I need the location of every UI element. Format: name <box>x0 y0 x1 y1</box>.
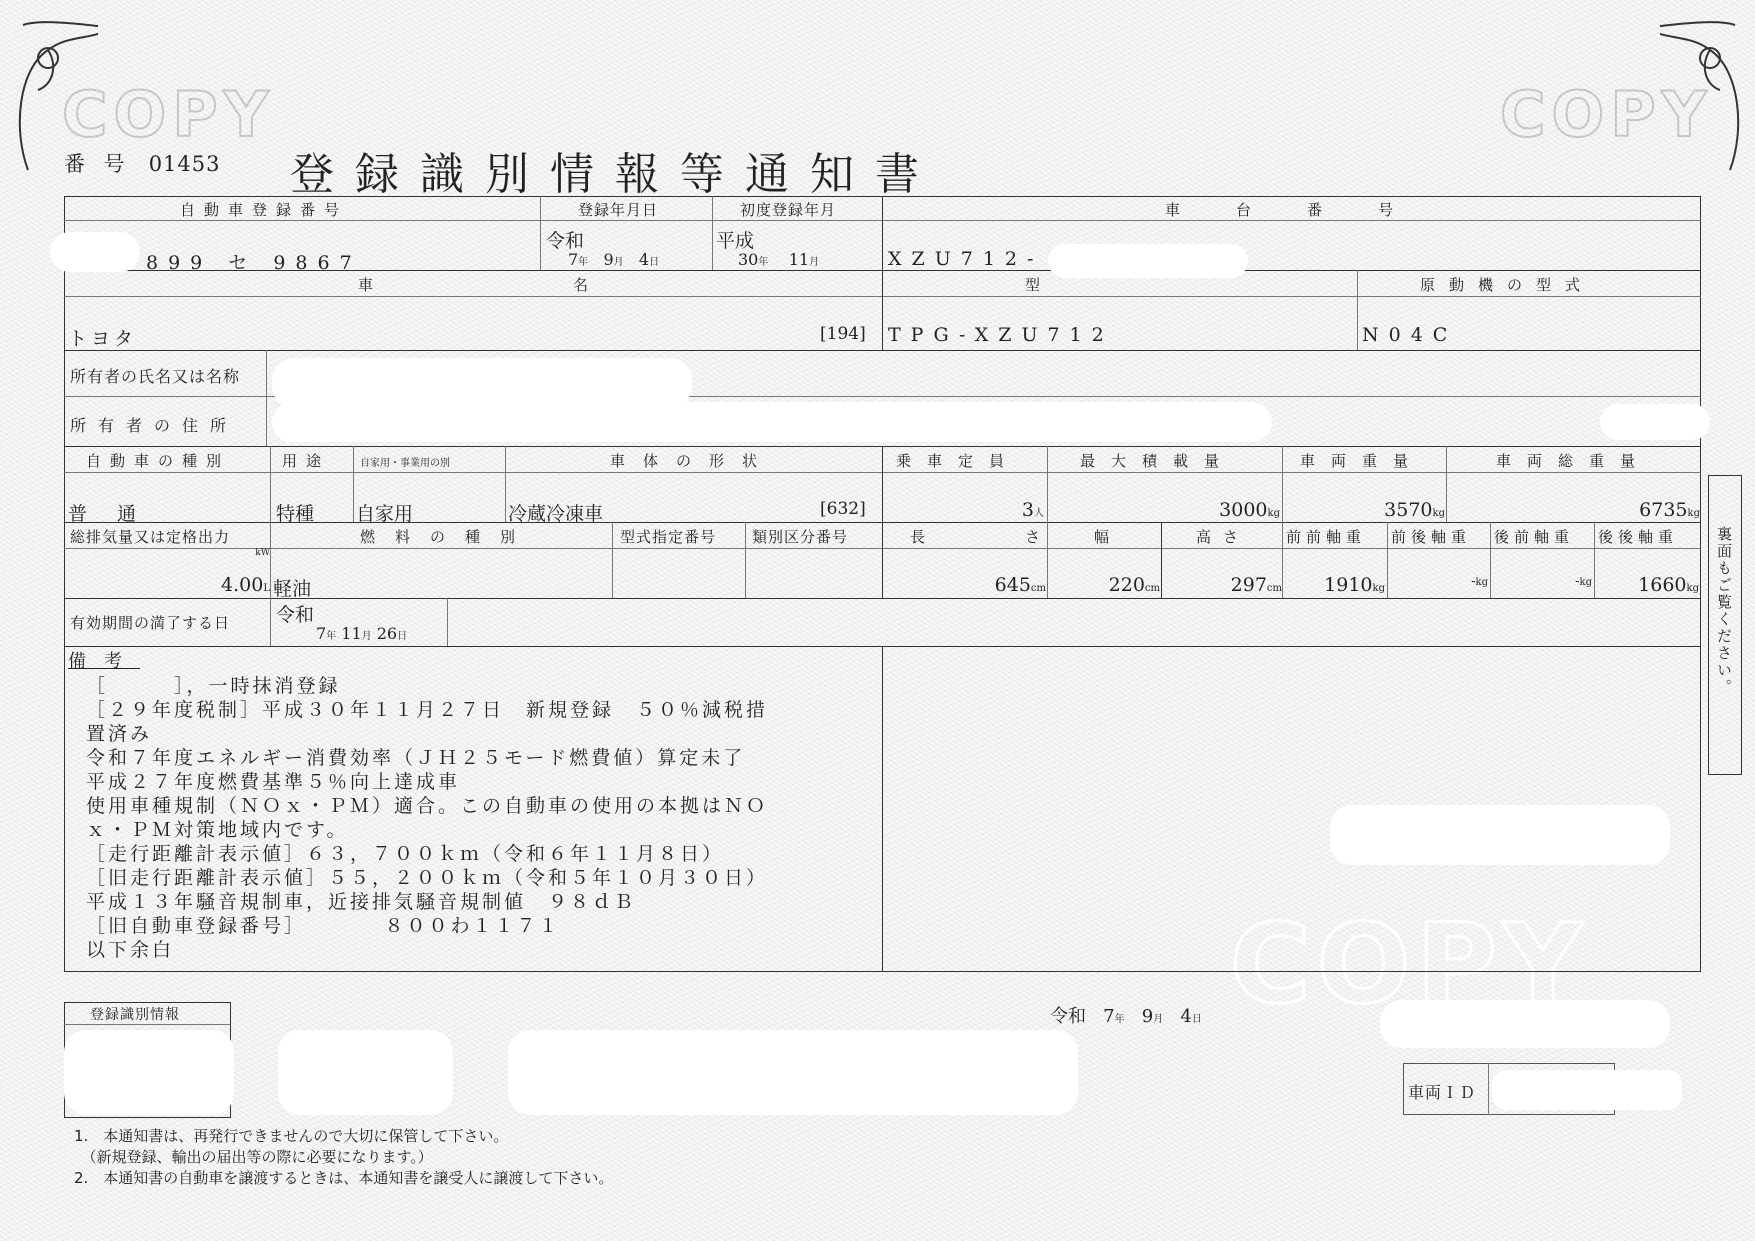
registration-date-era: 令和 <box>546 226 584 253</box>
max-load-label: 最大積載量 <box>1080 450 1235 471</box>
fuel-type-value: 軽油 <box>273 574 311 601</box>
capacity-value: 3人 <box>886 499 1044 521</box>
registration-number-label: 自動車登録番号 <box>180 199 348 220</box>
redacted-owner-address <box>272 402 1272 442</box>
issue-date: 令和 7年 9月 4日 <box>1050 1002 1202 1028</box>
owner-name-label: 所有者の氏名又は名称 <box>70 364 240 387</box>
redacted-region <box>508 1030 1078 1115</box>
owner-address-label: 所有者の住所 <box>70 413 238 436</box>
registration-info-label: 登録識別情報 <box>90 1004 180 1024</box>
category-number-label: 類別区分番号 <box>752 526 848 547</box>
vehicle-weight-label: 車両重量 <box>1300 450 1424 471</box>
front-front-axle-label: 前前軸重 <box>1286 526 1366 547</box>
engine-model-value: N04C <box>1362 324 1457 346</box>
model-value: TPG-XZU712 <box>888 324 1114 346</box>
note-line: 2. 本通知書の自動車を譲渡するときは、本通知書を譲受人に譲渡して下さい。 <box>74 1168 613 1189</box>
model-label: 型 <box>1025 274 1049 295</box>
see-reverse-side-note: 裏面もご覧ください。 <box>1708 475 1742 775</box>
private-business-value: 自家用 <box>356 499 413 526</box>
document-number: 番 号01453 <box>64 148 221 178</box>
private-business-label: 自家用・事業用の別 <box>360 454 450 469</box>
fuel-type-label: 燃料の種別 <box>360 526 535 547</box>
displacement-unit-alt: kW <box>64 548 270 558</box>
document-number-value: 01453 <box>149 152 221 176</box>
displacement-label: 総排気量又は定格出力 <box>70 526 230 547</box>
redacted-vehicle-id <box>1492 1070 1682 1110</box>
body-shape-code: [632] <box>820 499 866 519</box>
rear-front-axle-label: 後前軸重 <box>1494 526 1574 547</box>
copy-watermark: COPY <box>1500 78 1713 151</box>
remarks-line: 使用車種規制（ＮＯｘ・ＰＭ）適合。この自動車の使用の本拠はＮＯ <box>86 794 876 818</box>
length-value: 645cm <box>886 574 1046 596</box>
remarks-line: 平成２７年度燃費基準５％向上達成車 <box>86 770 876 794</box>
type-designation-label: 型式指定番号 <box>620 526 716 547</box>
footer-notes: 1. 本通知書は、再発行できませんので大切に保管して下さい。 （新規登録、輸出の… <box>74 1126 613 1189</box>
redacted-owner-name <box>272 358 692 408</box>
remarks-line: 以下余白 <box>86 938 876 962</box>
vehicle-type-value: 普 通 <box>68 499 148 526</box>
gross-weight-value: 6735kg <box>1450 499 1700 521</box>
remarks-line: ［ ］，一時抹消登録 <box>86 674 876 698</box>
redacted-region <box>1048 244 1248 278</box>
height-value: 297cm <box>1164 574 1282 596</box>
note-line: （新規登録、輸出の届出等の際に必要になります。） <box>74 1147 613 1168</box>
vehicle-name-code: [194] <box>820 324 866 344</box>
first-registration-era: 平成 <box>716 226 754 253</box>
remarks-line: ［走行距離計表示値］６３，７００ｋｍ（令和６年１１月８日） <box>86 842 876 866</box>
first-registration-value: 30年 11月 <box>738 250 819 269</box>
body-shape-label: 車体の形状 <box>610 450 775 471</box>
rear-rear-axle-label: 後後軸重 <box>1598 526 1678 547</box>
rear-rear-axle-value: 1660kg <box>1597 574 1699 596</box>
copy-watermark: COPY <box>62 78 275 151</box>
height-label: 高さ <box>1196 526 1250 547</box>
expiry-label: 有効期間の満了する日 <box>70 612 230 633</box>
registration-date-value: 7年 9月 4日 <box>568 250 659 269</box>
remarks-line: 平成１３年騒音規制車，近接排気騒音規制値 ９８ｄＢ <box>86 890 876 914</box>
chassis-number-value: XZU712- <box>888 248 1043 270</box>
redacted-region <box>50 232 140 272</box>
body-shape-value: 冷蔵冷凍車 <box>508 499 603 526</box>
note-line: 1. 本通知書は、再発行できませんので大切に保管して下さい。 <box>74 1126 613 1147</box>
chassis-number-label: 車台番号 <box>1165 199 1449 220</box>
remarks-heading: 備考 <box>68 650 876 674</box>
width-value: 220cm <box>1050 574 1160 596</box>
front-rear-axle-value: -kg <box>1390 574 1488 589</box>
vehicle-type-label: 自動車の種別 <box>86 450 230 471</box>
gross-weight-label: 車両総重量 <box>1496 450 1651 471</box>
remarks-line: ［２９年度税制］平成３０年１１月２７日 新規登録 ５０％減税措 <box>86 698 876 722</box>
vehicle-weight-value: 3570kg <box>1285 499 1445 521</box>
document-number-label: 番 号 <box>64 152 131 176</box>
redacted-region <box>1330 805 1670 865</box>
displacement-value: 4.00L <box>64 574 270 596</box>
rear-front-axle-value: -kg <box>1493 574 1592 589</box>
registration-date-label: 登録年月日 <box>578 199 658 220</box>
redacted-region <box>278 1030 453 1115</box>
vehicle-name-label: 車名 <box>358 274 788 295</box>
redacted-region <box>64 1030 234 1115</box>
registration-number-value: 899 セ 9867 <box>146 248 362 275</box>
first-registration-label: 初度登録年月 <box>740 199 836 220</box>
remarks-line: ｘ・ＰＭ対策地域内です。 <box>86 818 876 842</box>
max-load-value: 3000kg <box>1050 499 1280 521</box>
engine-model-label: 原動機の型式 <box>1420 274 1594 295</box>
remarks-line: 令和７年度エネルギー消費効率（ＪＨ２５モード燃費値）算定未了 <box>86 746 876 770</box>
capacity-label: 乗車定員 <box>896 450 1020 471</box>
remarks-line: 置済み <box>86 722 876 746</box>
front-rear-axle-label: 前後軸重 <box>1391 526 1471 547</box>
expiry-date-value: 7年 11月 26日 <box>316 624 407 643</box>
purpose-value: 特種 <box>276 499 314 526</box>
vehicle-id-label: 車両ＩＤ <box>1408 1080 1476 1103</box>
remarks-line: ［旧走行距離計表示値］５５，２００ｋｍ（令和５年１０月３０日） <box>86 866 876 890</box>
front-front-axle-value: 1910kg <box>1285 574 1385 596</box>
redacted-region <box>1600 404 1710 440</box>
remarks-section: 備考 ［ ］，一時抹消登録［２９年度税制］平成３０年１１月２７日 新規登録 ５０… <box>86 650 876 962</box>
purpose-label: 用途 <box>282 450 330 471</box>
page-title: 登録識別情報等通知書 <box>290 138 940 202</box>
redacted-region <box>1380 1000 1670 1048</box>
width-label: 幅 <box>1094 526 1118 547</box>
vehicle-name-value: トヨタ <box>68 324 137 351</box>
expiry-era: 令和 <box>276 600 314 627</box>
remarks-line: ［旧自動車登録番号］ ８００わ１１７１ <box>86 914 876 938</box>
